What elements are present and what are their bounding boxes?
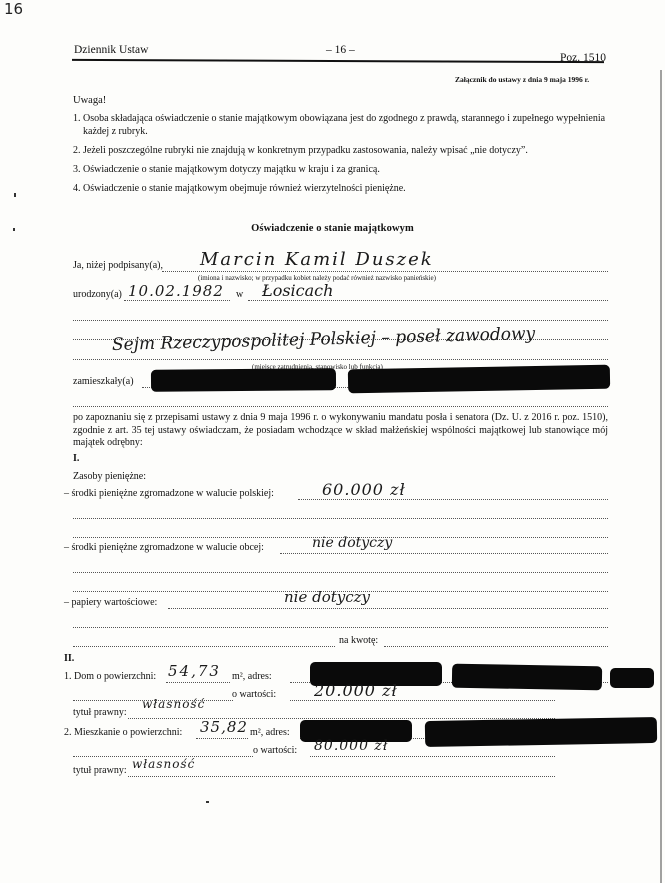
flat-unit-label: m², adres: [250,727,290,738]
residence-label: zamieszkały(a) [73,376,134,387]
declarant-label: Ja, niżej podpisany(a), [73,260,163,271]
house-title-field[interactable]: własność [142,697,205,711]
flat-value-line [310,756,555,757]
pln-funds-label: – środki pieniężne zgromadzone w walucie… [64,488,274,499]
journal-name: Dziennik Ustaw [74,44,148,56]
employment-line [73,359,608,360]
notes-heading: Uwaga! [73,95,106,106]
flat-area-line [196,738,248,739]
birth-date-line [124,300,230,301]
section-2-numeral: II. [64,653,74,664]
flat-title-label: tytuł prawny: [73,765,127,776]
birth-place-label: w [236,289,243,300]
birth-place-line [248,300,608,301]
blank-line [73,320,608,321]
declarant-line [162,271,608,272]
birth-date-field[interactable]: 10.02.1982 [128,282,224,300]
flat-address-redaction [425,717,657,747]
flat-value-label: o wartości: [253,745,297,756]
blank-line [73,572,608,573]
securities-line [168,608,608,609]
page-number: – 16 – [326,44,355,56]
note-4: 4. Oświadczenie o stanie majątkowym obej… [73,183,608,196]
blank-line [73,646,335,647]
securities-label: – papiery wartościowe: [64,597,157,608]
scan-speck [206,801,209,803]
flat-title-field[interactable]: własność [132,757,195,771]
blank-line [73,406,608,407]
house-title-label: tytuł prawny: [73,707,127,718]
flat-label: 2. Mieszkanie o powierzchni: [64,727,182,738]
house-value-field[interactable]: 20.000 zł [314,681,398,700]
intro-paragraph: po zapoznaniu się z przepisami ustawy z … [73,412,608,450]
birth-place-field[interactable]: Łosicach [262,281,333,300]
flat-value-field[interactable]: 80.000 zł [314,738,388,754]
house-area-field[interactable]: 54,73 [168,662,221,680]
note-3: 3. Oświadczenie o stanie majątkowym doty… [73,164,608,177]
foreign-funds-field[interactable]: nie dotyczy [312,535,392,551]
flat-area-field[interactable]: 35,82 [200,718,248,736]
annex-note: Załącznik do ustawy z dnia 9 maja 1996 r… [455,75,589,84]
blank-line [73,627,608,628]
house-address-redaction [452,664,602,691]
house-title-line [128,718,555,719]
securities-field[interactable]: nie dotyczy [284,588,370,606]
note-1: 1. Osoba składająca oświadczenie o stani… [73,113,618,138]
flat-title-line [128,776,555,777]
house-area-line [166,682,230,683]
amount-label: na kwotę: [339,635,378,646]
house-label: 1. Dom o powierzchni: [64,671,156,682]
foreign-funds-line [280,553,608,554]
pln-funds-line [298,499,608,500]
declarant-name-field[interactable]: Marcin Kamil Duszek [200,249,434,270]
header-rule [72,59,604,63]
section-1-heading: Zasoby pieniężne: [73,471,146,482]
section-1-numeral: I. [73,453,79,464]
scan-speck [14,193,16,197]
note-2: 2. Jeżeli poszczególne rubryki nie znajd… [73,145,608,158]
form-title: Oświadczenie o stanie majątkowym [0,223,665,234]
residence-redaction [151,368,336,392]
birth-label: urodzony(a) [73,289,122,300]
house-value-line [290,700,555,701]
scan-edge [660,70,662,883]
house-unit-label: m², adres: [232,671,272,682]
handwritten-page-mark: 16 [4,0,23,18]
blank-line [73,518,608,519]
employment-field[interactable]: Sejm Rzeczypospolitej Polskiej – poseł z… [112,324,536,355]
foreign-funds-label: – środki pieniężne zgromadzone w walucie… [64,542,264,553]
pln-funds-field[interactable]: 60.000 zł [322,480,406,499]
residence-redaction [348,365,610,394]
amount-line[interactable] [384,646,608,647]
house-address-redaction [610,668,654,688]
house-value-label: o wartości: [232,689,276,700]
